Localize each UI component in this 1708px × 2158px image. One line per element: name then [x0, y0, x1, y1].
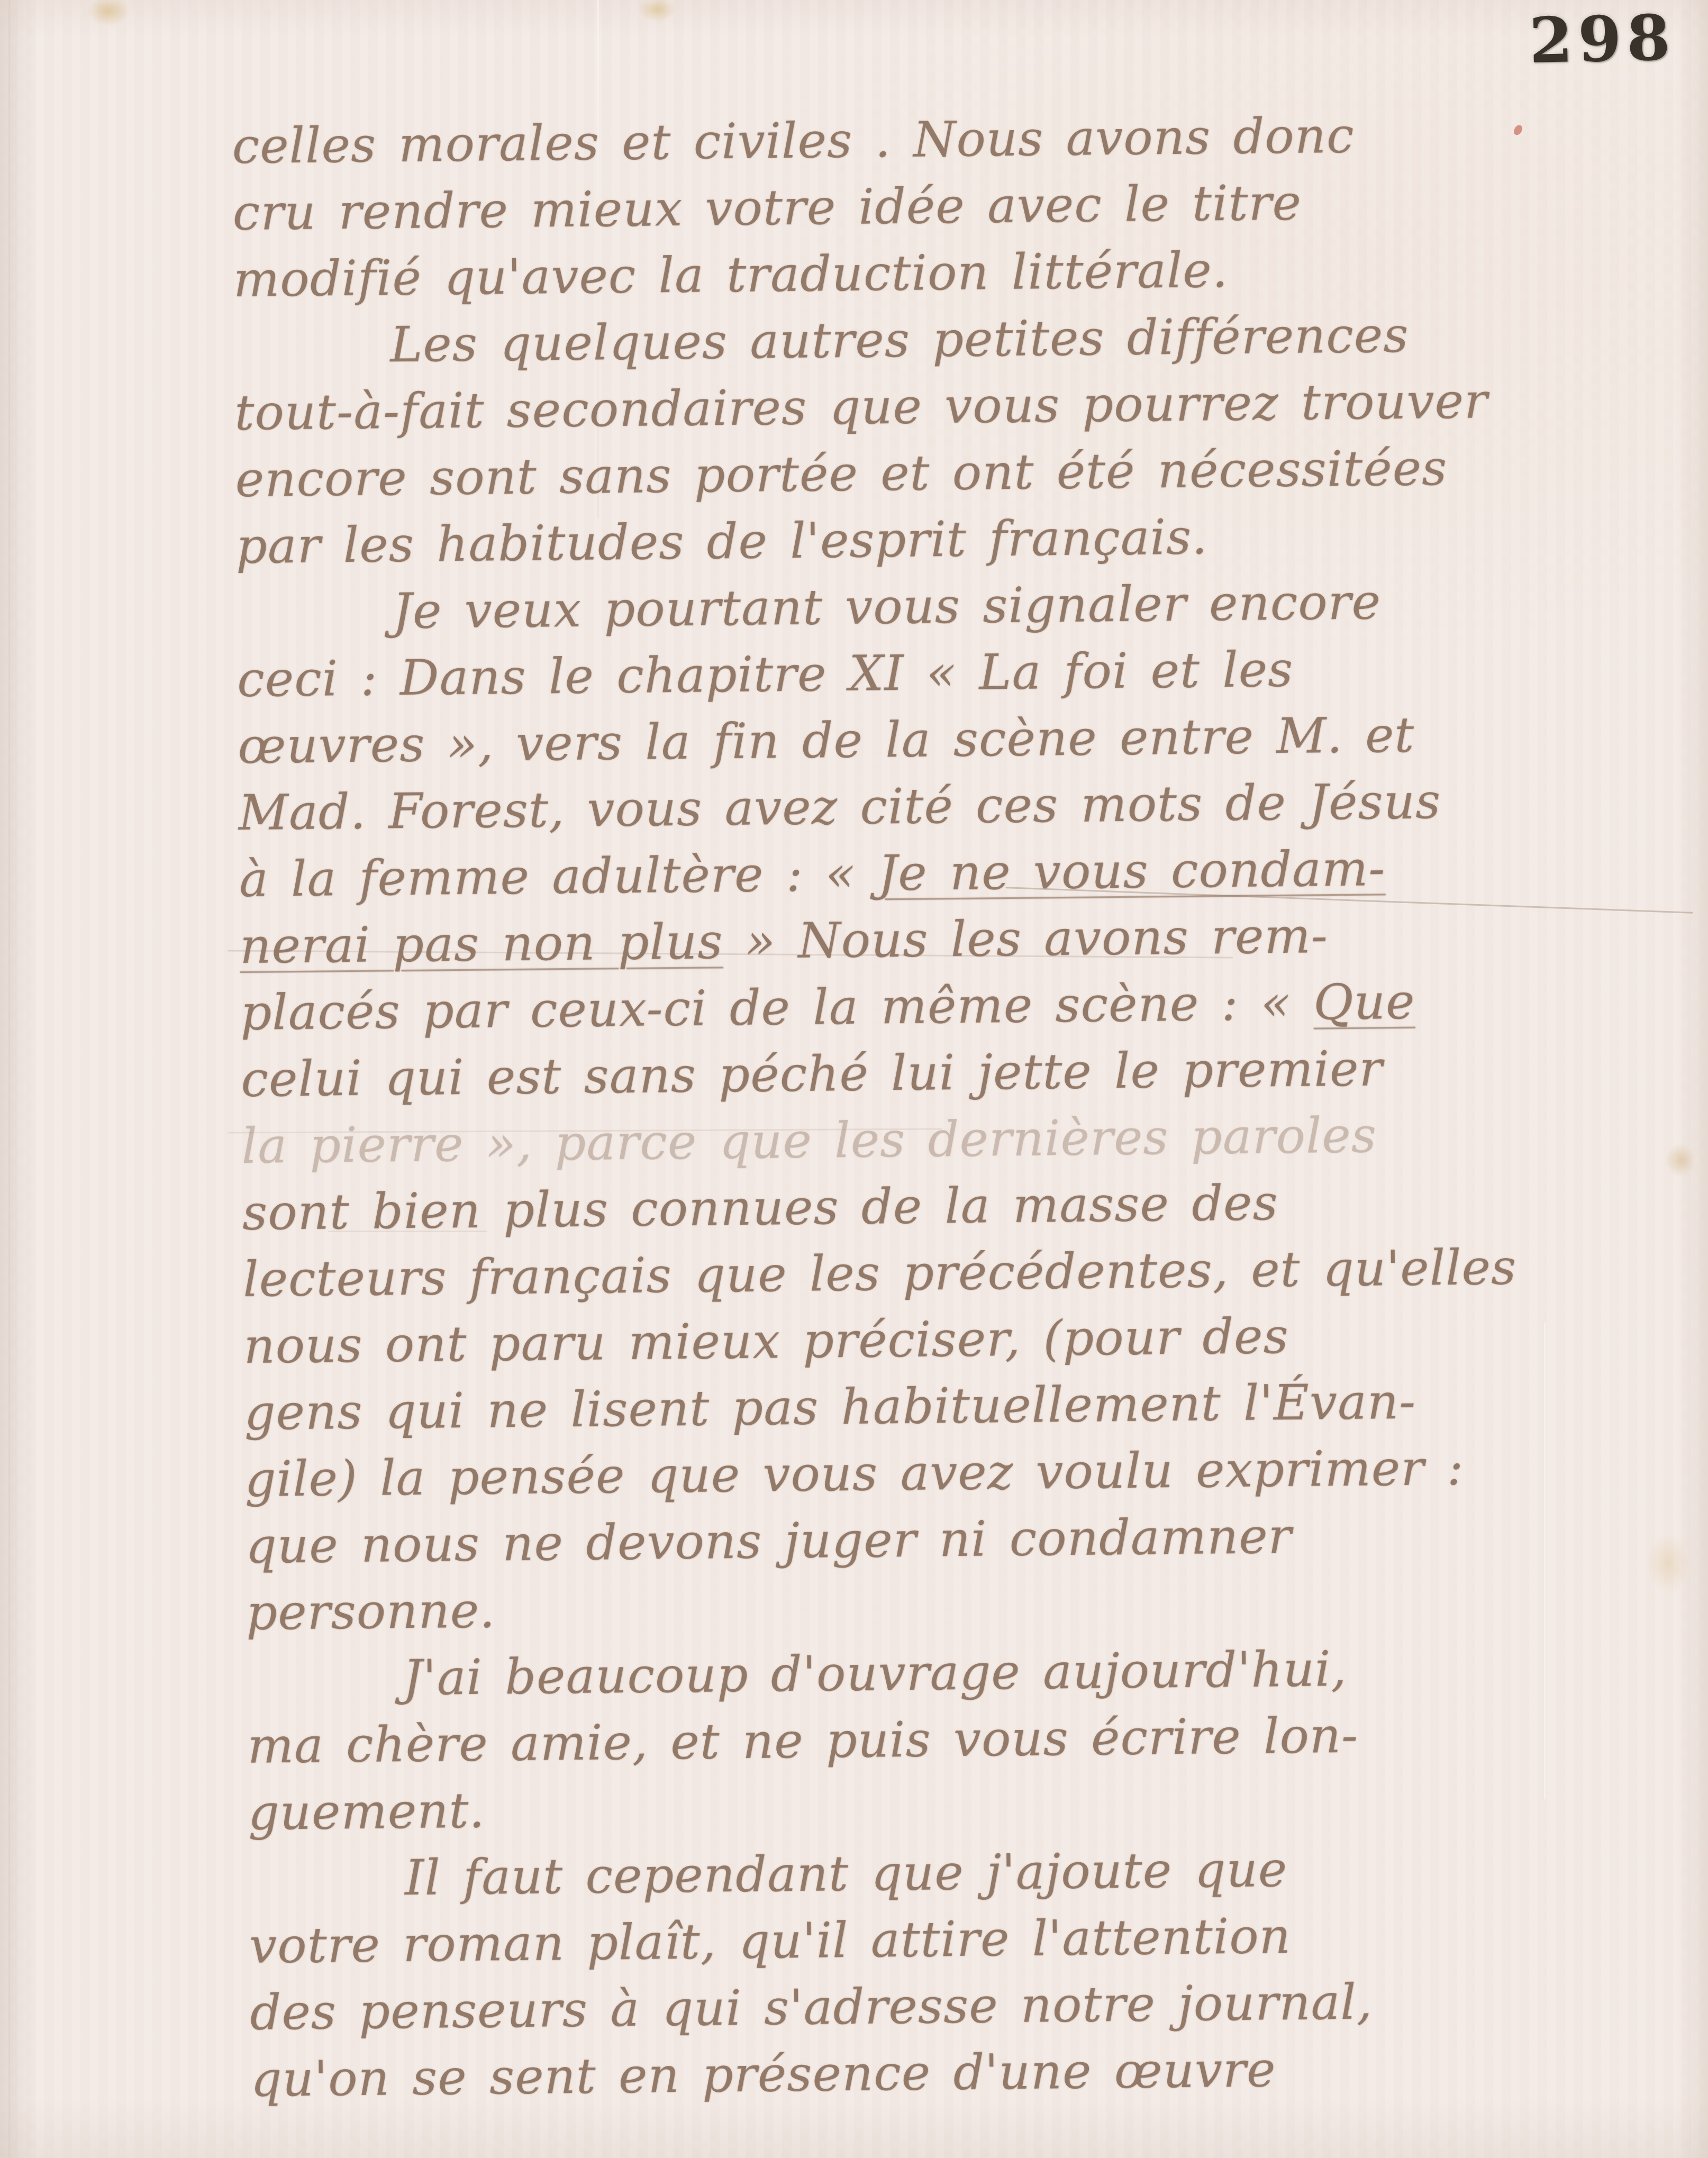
handwritten-line: tout-à-fait secondaires que vous pourrez… [234, 366, 1676, 447]
handwritten-text: que nous ne devons juger ni condamner [245, 1508, 1292, 1574]
handwritten-text: Que [1313, 973, 1415, 1031]
handwritten-line: qu'on se sent en présence d'une œuvre [250, 2033, 1692, 2113]
handwritten-text: Je veux pourtant vous signaler encore [393, 573, 1382, 640]
handwritten-text: à la femme adultère : « [239, 845, 878, 908]
handwritten-text: placés par ceux-ci de la même scène : « [240, 974, 1314, 1041]
paper-stain [631, 0, 684, 26]
handwritten-text: Je ne vous condam- [878, 840, 1386, 902]
handwritten-text: celles morales et civiles . Nous avons d… [232, 107, 1355, 175]
handwritten-text: personne. [246, 1582, 496, 1641]
handwritten-text: encore sont sans portée et ont été néces… [235, 440, 1448, 508]
page-number-stamp: 298 [1528, 1, 1676, 77]
handwritten-text: Mad. Forest, vous avez cité ces mots de … [238, 773, 1441, 841]
handwritten-text: votre roman plaît, qu'il attire l'attent… [249, 1908, 1292, 1974]
handwritten-text: ceci : Dans le chapitre XI « La foi et l… [237, 641, 1294, 708]
handwritten-text: celui qui est sans péché lui jette le pr… [241, 1040, 1383, 1108]
handwritten-text: des penseurs à qui s'adresse notre journ… [250, 1973, 1373, 2041]
handwritten-text: Il faut cependant que j'ajoute que [405, 1841, 1288, 1906]
manuscript-page: { "page": { "number": "298", "paper_colo… [0, 0, 1708, 2158]
handwritten-text: lecteurs français que les précédentes, e… [243, 1239, 1517, 1308]
handwritten-line: la pierre », parce que les dernières par… [241, 1099, 1683, 1180]
handwritten-text: cru rendre mieux votre idée avec le titr… [232, 175, 1302, 241]
handwritten-text: nerai pas non plus [240, 913, 723, 975]
handwritten-text: par les habitudes de l'esprit français. [235, 508, 1208, 575]
handwritten-text: nous ont paru mieux préciser, (pour des [243, 1308, 1289, 1374]
paper-crease [8, 0, 10, 2158]
handwritten-text: Les quelques autres petites différences [390, 307, 1409, 373]
handwritten-text: ma chère amie, et ne puis vous écrire lo… [247, 1707, 1358, 1774]
handwritten-text: modifié qu'avec la traduction littérale. [233, 242, 1229, 308]
handwritten-text: J'ai beaucoup d'ouvrage aujourd'hui, [403, 1641, 1347, 1706]
handwritten-text: » Nous les avons rem- [723, 907, 1328, 970]
handwritten-line: lecteurs français que les précédentes, e… [243, 1233, 1685, 1313]
handwritten-text: gens qui ne lisent pas habituellement l'… [244, 1373, 1416, 1441]
handwritten-text: guement. [248, 1782, 485, 1841]
handwritten-text: œuvres », vers la fin de la scène entre … [238, 707, 1415, 775]
handwritten-text: tout-à-fait secondaires que vous pourrez… [234, 372, 1488, 441]
paper-stain [79, 0, 138, 32]
handwritten-text: sont bien plus connues de la masse des [242, 1174, 1278, 1241]
handwritten-text: la pierre », parce que les dernières par… [241, 1107, 1377, 1174]
handwritten-text: qu'on se sent en présence d'une œuvre [250, 2041, 1276, 2108]
letter-body: celles morales et civiles . Nous avons d… [232, 99, 1692, 2113]
handwritten-text: gile) la pensée que vous avez voulu expr… [244, 1440, 1464, 1508]
